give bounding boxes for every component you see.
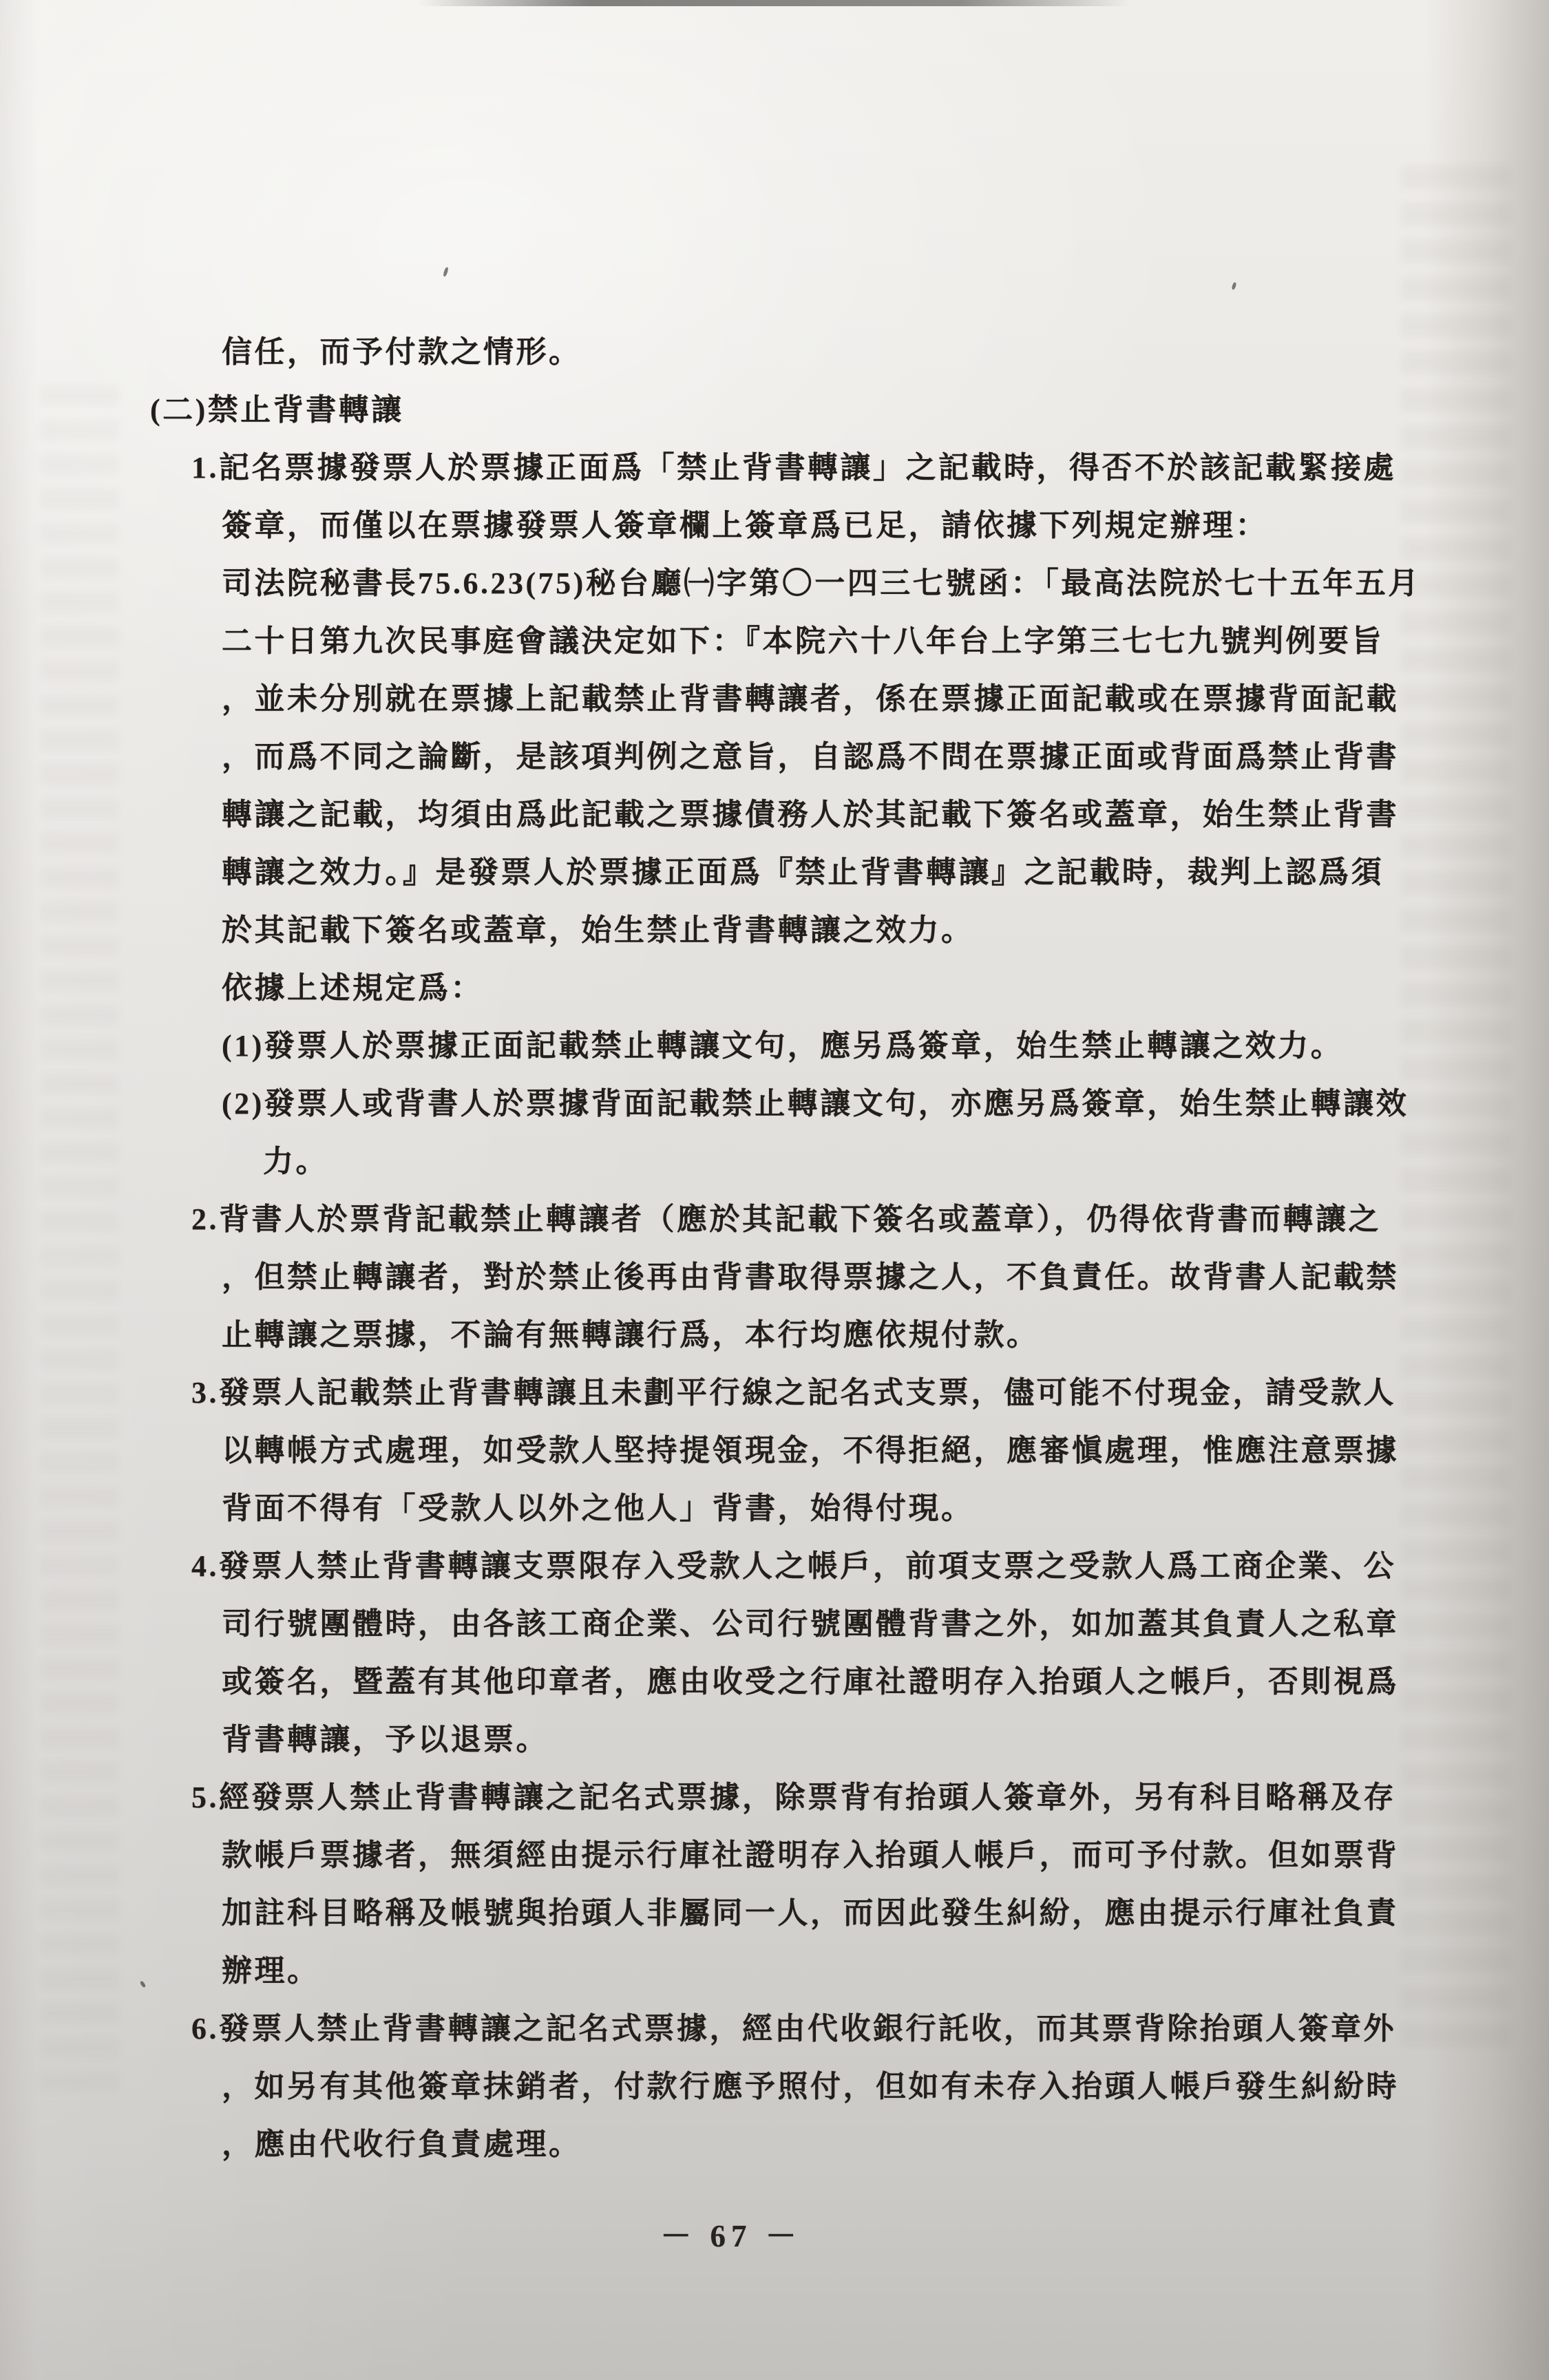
text-line: 信任，而予付款之情形。 [222, 323, 1549, 381]
text-line: 止轉讓之票據，不論有無轉讓行爲，本行均應依規付款。 [222, 1306, 1549, 1364]
text-line: 背書轉讓，予以退票。 [222, 1711, 1549, 1769]
text-line: 司法院秘書長75.6.23(75)秘台廳㈠字第〇一四三七號函：「最高法院於七十五… [222, 555, 1549, 613]
item-5-line: 5.經發票人禁止背書轉讓之記名式票據，除票背有抬頭人簽章外，另有科目略稱及存 [191, 1769, 1549, 1827]
sub-item-2-line: (2)發票人或背書人於票據背面記載禁止轉讓文句，亦應另爲簽章，始生禁止轉讓效 [222, 1075, 1549, 1133]
text-line: ，並未分別就在票據上記載禁止背書轉讓者，係在票據正面記載或在票據背面記載 [222, 670, 1549, 728]
document-page: 信任，而予付款之情形。(二)禁止背書轉讓1.記名票據發票人於票據正面爲「禁止背書… [0, 0, 1549, 2380]
text-line: 於其記載下簽名或蓋章，始生禁止背書轉讓之效力。 [222, 902, 1549, 959]
item-2-line: 2.背書人於票背記載禁止轉讓者（應於其記載下簽名或蓋章），仍得依背書而轉讓之 [191, 1191, 1549, 1249]
scan-speck [443, 267, 449, 277]
page-text: 信任，而予付款之情形。(二)禁止背書轉讓1.記名票據發票人於票據正面爲「禁止背書… [0, 323, 1549, 2174]
scan-speck [1231, 281, 1236, 290]
text-line: 辦理。 [222, 1942, 1549, 2000]
text-line: 轉讓之記載，均須由爲此記載之票據債務人於其記載下簽名或蓋章，始生禁止背書 [222, 786, 1549, 844]
text-line: 轉讓之效力。』是發票人於票據正面爲『禁止背書轉讓』之記載時，裁判上認爲須 [222, 844, 1549, 902]
text-line: 簽章，而僅以在票據發票人簽章欄上簽章爲已足，請依據下列規定辦理： [222, 497, 1549, 555]
item-4-line: 4.發票人禁止背書轉讓支票限存入受款人之帳戶，前項支票之受款人爲工商企業、公 [191, 1538, 1549, 1595]
sub-item-1-line: (1)發票人於票據正面記載禁止轉讓文句，應另爲簽章，始生禁止轉讓之效力。 [222, 1017, 1549, 1075]
text-line: 或簽名，暨蓋有其他印章者，應由收受之行庫社證明存入抬頭人之帳戶，否則視爲 [222, 1653, 1549, 1711]
text-line: 二十日第九次民事庭會議決定如下：『本院六十八年台上字第三七七九號判例要旨 [222, 613, 1549, 670]
text-line: 以轉帳方式處理，如受款人堅持提領現金，不得拒絕，應審愼處理，惟應注意票據 [222, 1422, 1549, 1480]
text-line: 加註科目略稱及帳號與抬頭人非屬同一人，而因此發生糾紛，應由提示行庫社負責 [222, 1884, 1549, 1942]
text-line: 司行號團體時，由各該工商企業、公司行號團體背書之外，如加蓋其負責人之私章 [222, 1595, 1549, 1653]
text-line: ，但禁止轉讓者，對於禁止後再由背書取得票據之人，不負責任。故背書人記載禁 [222, 1249, 1549, 1306]
text-line: ，應由代收行負責處理。 [222, 2116, 1549, 2174]
text-line: 力。 [263, 1133, 1549, 1191]
text-line: ，而爲不同之論斷，是該項判例之意旨，自認爲不問在票據正面或背面爲禁止背書 [222, 728, 1549, 786]
text-line: ，如另有其他簽章抹銷者，付款行應予照付，但如有未存入抬頭人帳戶發生糾紛時 [222, 2058, 1549, 2116]
item-3-line: 3.發票人記載禁止背書轉讓且未劃平行線之記名式支票，儘可能不付現金，請受款人 [191, 1364, 1549, 1422]
text-line: 依據上述規定爲： [222, 959, 1549, 1017]
item-1-line: 1.記名票據發票人於票據正面爲「禁止背書轉讓」之記載時，得否不於該記載緊接處 [191, 439, 1549, 497]
page-number: － 67 － [0, 2211, 1462, 2255]
text-line: 背面不得有「受款人以外之他人」背書，始得付現。 [222, 1480, 1549, 1538]
text-line: 款帳戶票據者，無須經由提示行庫社證明存入抬頭人帳戶，而可予付款。但如票背 [222, 1827, 1549, 1884]
item-6-line: 6.發票人禁止背書轉讓之記名式票據，經由代收銀行託收，而其票背除抬頭人簽章外 [191, 2000, 1549, 2058]
section-heading: (二)禁止背書轉讓 [150, 381, 1549, 439]
scan-top-edge-shadow [0, 0, 1549, 6]
